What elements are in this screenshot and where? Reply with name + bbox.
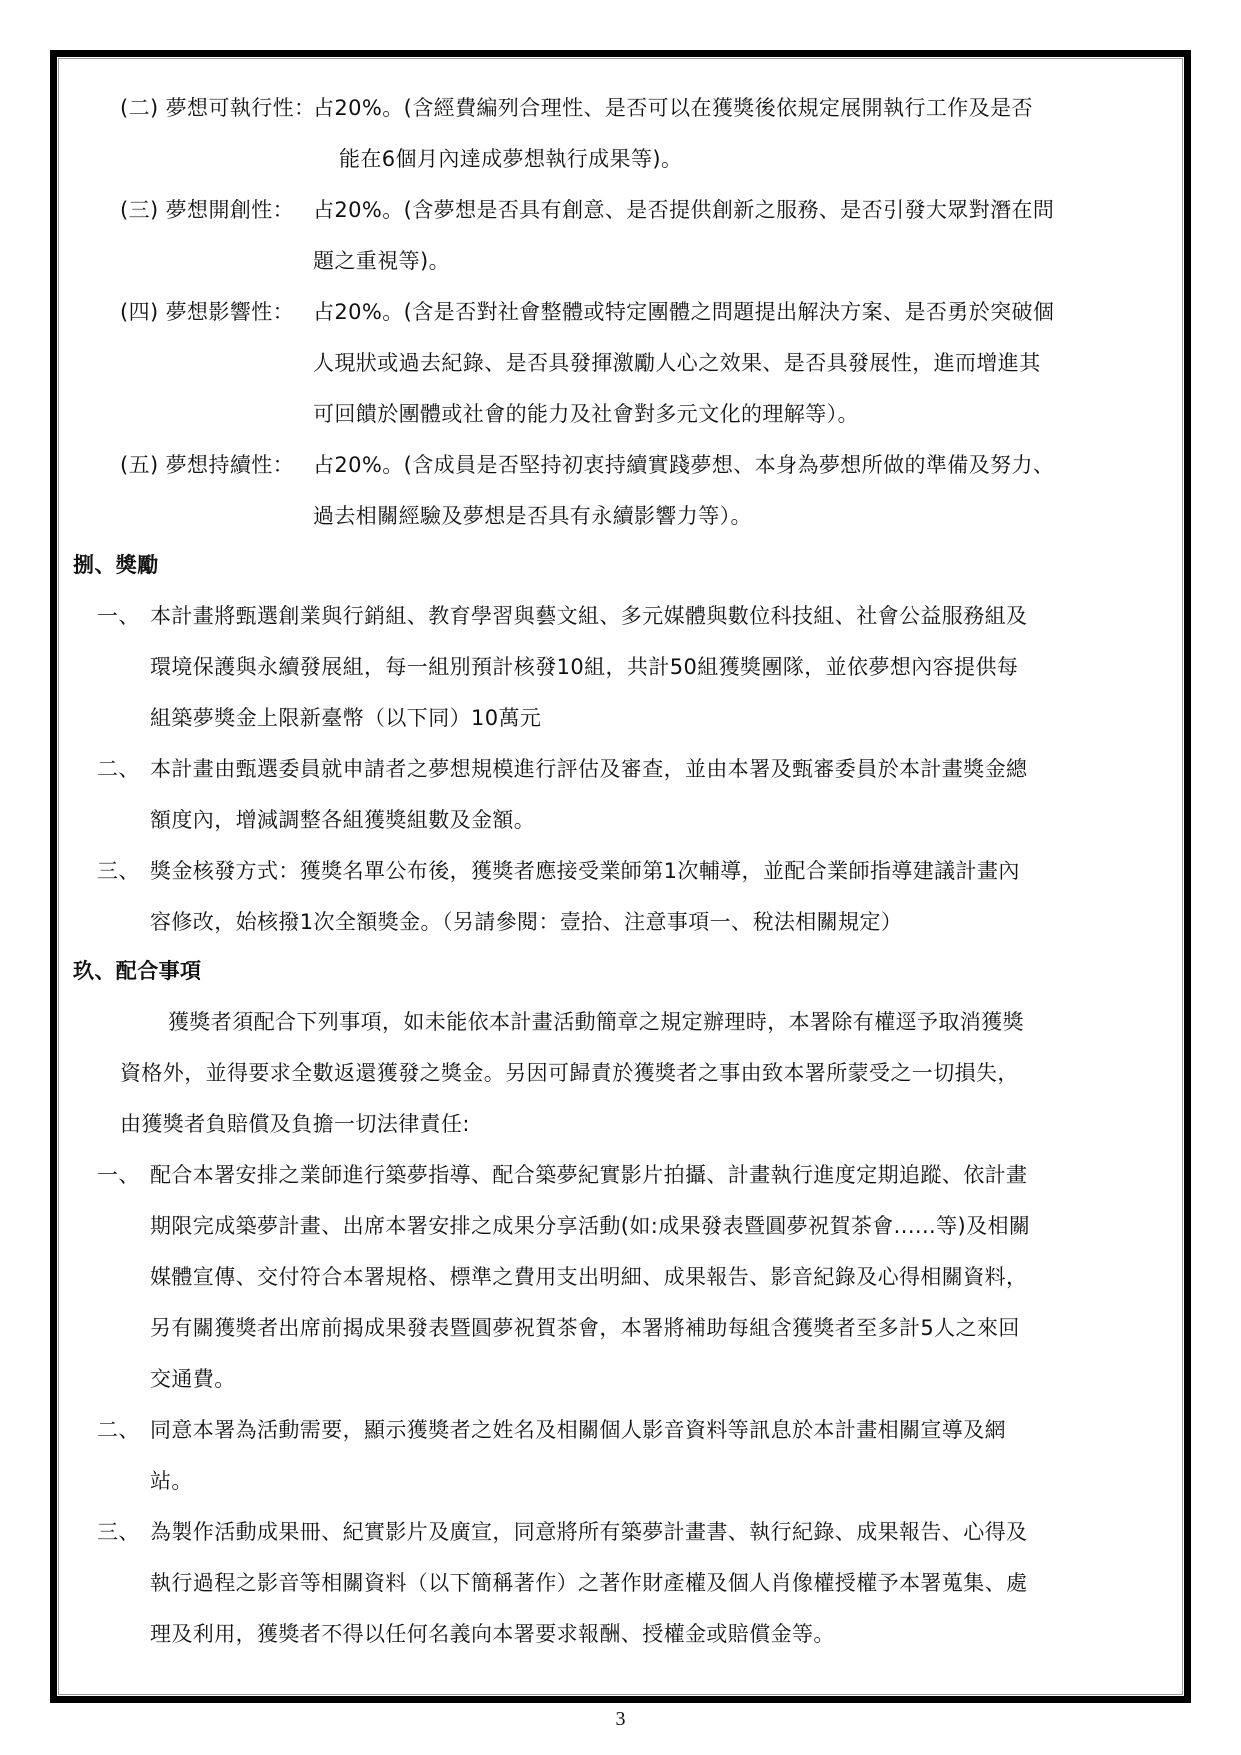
list-item-text: 同意本署為活動需要，顯示獲獎者之姓名及相關個人影音資料等訊息於本計畫相關宣導及網 (150, 1418, 1006, 1442)
list-item-text: 本計畫由甄選委員就申請者之夢想規模進行評估及審查，並由本署及甄審委員於本計畫獎金… (150, 757, 1027, 781)
criterion-label: (四) 夢想影響性： (120, 300, 294, 324)
intro-text: 資格外，並得要求全數返還獲發之獎金。另因可歸責於獲獎者之事由致本署所蒙受之一切損… (120, 1061, 1019, 1085)
criterion-label: (五) 夢想持續性： (120, 453, 294, 477)
list-item-text: 額度內，增減調整各組獲獎組數及金額。 (150, 808, 535, 832)
list-item-text: 環境保護與永續發展組，每一組別預計核發10組，共計50組獲獎團隊，並依夢想內容提… (150, 655, 1018, 679)
list-number: 二、 (97, 1418, 140, 1442)
criterion-text: 占20%。(含成員是否堅持初衷持續實踐夢想、本身為夢想所做的準備及努力、 (313, 453, 1054, 477)
criterion-text: 占20%。(含是否對社會整體或特定團體之問題提出解決方案、是否勇於突破個 (313, 300, 1054, 324)
intro-text: 由獲獎者負賠償及負擔一切法律責任: (120, 1112, 470, 1136)
list-item-text: 站。 (150, 1469, 193, 1493)
page-number: 3 (0, 1708, 1241, 1731)
criterion-text: 人現狀或過去紀錄、是否具發揮激勵人心之效果、是否具發展性，進而增進其 (313, 351, 1041, 375)
section-heading-cooperation: 玖、配合事項 (73, 959, 201, 983)
intro-text: 獲獎者須配合下列事項，如未能依本計畫活動簡章之規定辦理時，本署除有權逕予取消獲獎 (168, 1010, 1024, 1034)
list-number: 三、 (97, 859, 140, 883)
list-item-text: 容修改，始核撥1次全額獎金。（另請參閱：壹拾、注意事項一、稅法相關規定） (150, 910, 902, 934)
list-number: 一、 (97, 1163, 140, 1187)
criterion-text: 能在6個月內達成夢想執行成果等)。 (339, 147, 682, 171)
criterion-label: (三) 夢想開創性： (120, 198, 294, 222)
section-heading-awards: 捌、獎勵 (73, 553, 159, 577)
criterion-text: 過去相關經驗及夢想是否具有永續影響力等）。 (313, 504, 752, 528)
list-number: 二、 (97, 757, 140, 781)
criterion-text: 題之重視等)。 (313, 249, 450, 273)
list-item-text: 本計畫將甄選創業與行銷組、教育學習與藝文組、多元媒體與數位科技組、社會公益服務組… (150, 604, 1027, 628)
list-item-text: 另有關獲獎者出席前揭成果發表暨圓夢祝賀茶會，本署將補助每組含獲獎者至多計5人之來… (150, 1316, 1020, 1340)
criterion-text: 占20%。(含經費編列合理性、是否可以在獲獎後依規定展開執行工作及是否 (313, 96, 1033, 120)
list-number: 三、 (97, 1520, 140, 1544)
list-item-text: 獎金核發方式：獲獎名單公布後，獲獎者應接受業師第1次輔導，並配合業師指導建議計畫… (150, 859, 1020, 883)
criterion-text: 可回饋於團體或社會的能力及社會對多元文化的理解等）。 (313, 402, 859, 426)
list-item-text: 執行過程之影音等相關資料（以下簡稱著作）之著作財產權及個人肖像權授權予本署蒐集、… (150, 1571, 1027, 1595)
criterion-label: (二) 夢想可執行性： (120, 96, 315, 120)
list-item-text: 為製作活動成果冊、紀實影片及廣宣，同意將所有築夢計畫書、執行紀錄、成果報告、心得… (150, 1520, 1027, 1544)
list-item-text: 組築夢獎金上限新臺幣（以下同）10萬元 (150, 706, 541, 730)
list-item-text: 期限完成築夢計畫、出席本署安排之成果分享活動(如:成果發表暨圓夢祝賀茶會....… (150, 1214, 1030, 1238)
list-item-text: 交通費。 (150, 1367, 236, 1391)
list-item-text: 配合本署安排之業師進行築夢指導、配合築夢紀實影片拍攝、計畫執行進度定期追蹤、依計… (150, 1163, 1027, 1187)
list-number: 一、 (97, 604, 140, 628)
criterion-text: 占20%。(含夢想是否具有創意、是否提供創新之服務、是否引發大眾對潛在問 (313, 198, 1054, 222)
list-item-text: 理及利用，獲獎者不得以任何名義向本署要求報酬、授權金或賠償金等。 (150, 1622, 835, 1646)
list-item-text: 媒體宣傳、交付符合本署規格、標準之費用支出明細、成果報告、影音紀錄及心得相關資料… (150, 1265, 1027, 1289)
